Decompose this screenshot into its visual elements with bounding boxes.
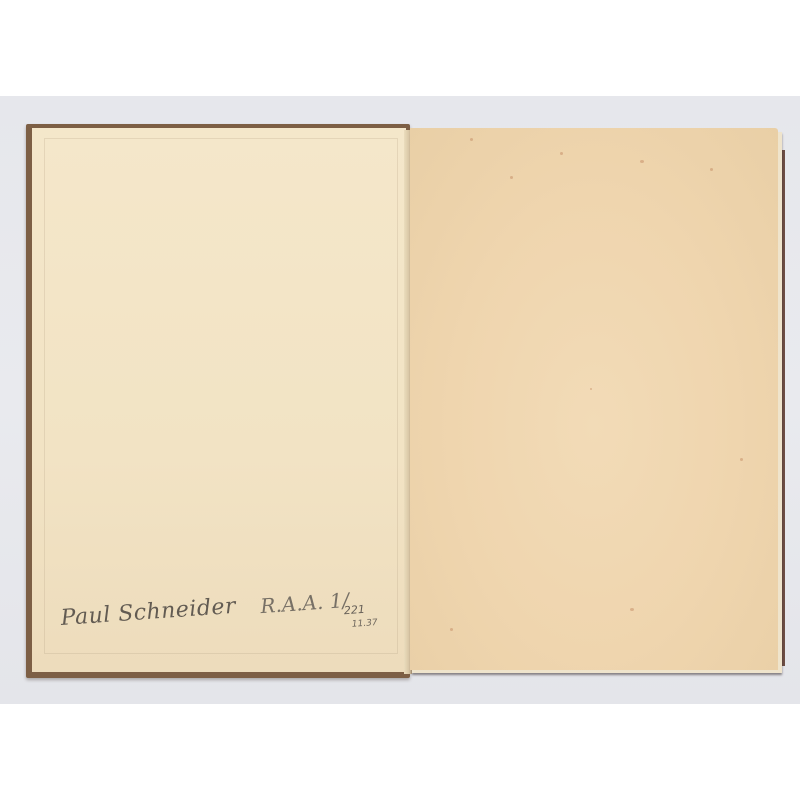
foxing-spot (560, 152, 563, 155)
open-book: Paul Schneider R.A.A. 1/ 221 11.37 (0, 0, 800, 800)
inscription-reference: R.A.A. 1/ (260, 588, 350, 618)
foxing-spot (590, 388, 592, 390)
foxing-spot (710, 168, 713, 171)
right-page (410, 128, 778, 670)
foxing-spot (450, 628, 453, 631)
inscription-number: 221 (343, 603, 365, 617)
endpaper-border (44, 138, 398, 654)
foxing-spot (510, 176, 513, 179)
inscription-date: 11.37 (352, 618, 378, 630)
foxing-spot (470, 138, 473, 141)
right-cover-edge (782, 150, 785, 666)
foxing-spot (740, 458, 743, 461)
foxing-spot (640, 160, 644, 163)
foxing-spot (630, 608, 634, 611)
